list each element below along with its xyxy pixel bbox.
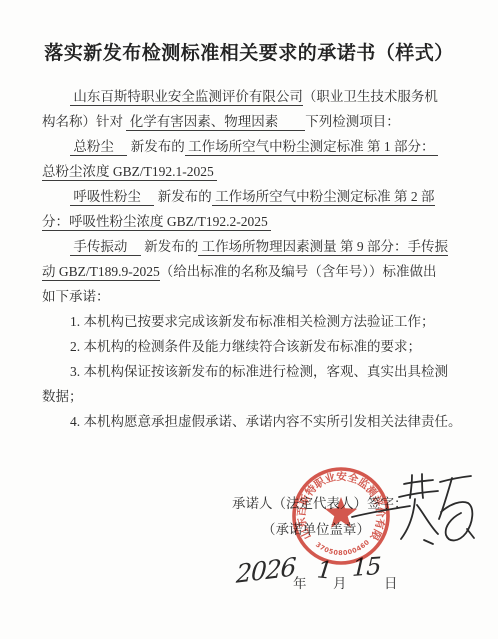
document-line: 分：呼吸性粉尘浓度 GBZ/T192.2-2025 bbox=[42, 209, 472, 234]
text-segment: 数据； bbox=[42, 389, 83, 404]
underlined-text-segment: 呼吸性粉尘 bbox=[70, 189, 154, 206]
document-line: 山东百斯特职业安全监测评价有限公司（职业卫生技术服务机 bbox=[42, 84, 472, 109]
document-line: 如下承诺： bbox=[42, 284, 472, 309]
document-line: 3. 本机构保证按该新发布的标准进行检测，客观、真实出具检测 bbox=[42, 359, 472, 384]
handwritten-year: 2026 bbox=[235, 552, 296, 589]
text-segment: 新发布的 bbox=[141, 239, 198, 254]
document-line: 总粉尘 新发布的 工作场所空气中粉尘测定标准 第 1 部分： bbox=[42, 134, 472, 159]
document-line: 1. 本机构已按要求完成该新发布标准相关检测方法验证工作； bbox=[42, 309, 472, 334]
month-unit-label: 月 bbox=[333, 572, 347, 592]
document-line: 呼吸性粉尘 新发布的 工作场所空气中粉尘测定标准 第 2 部 bbox=[42, 184, 472, 209]
document-line: 数据； bbox=[42, 384, 472, 409]
underlined-text-segment: 动 GBZ/T189.9-2025 bbox=[42, 264, 160, 281]
handwritten-day: 15 bbox=[352, 552, 381, 582]
text-segment: 新发布的 bbox=[154, 189, 211, 204]
document-line: 手传振动 新发布的 工作场所物理因素测量 第 9 部分：手传振 bbox=[42, 234, 472, 259]
underlined-text-segment: 工作场所物理因素测量 第 9 部分：手传振 bbox=[198, 239, 448, 256]
signer-label: 承诺人（法定代表人）签字： bbox=[232, 492, 408, 512]
underlined-text-segment: 总粉尘 bbox=[70, 139, 127, 156]
underlined-text-segment: 山东百斯特职业安全监测评价有限公司 bbox=[70, 89, 303, 106]
commitment-letter-page: 落实新发布检测标准相关要求的承诺书（样式） 山东百斯特职业安全监测评价有限公司（… bbox=[0, 0, 498, 639]
text-segment: 构名称）针对 bbox=[42, 114, 126, 129]
text-segment: 新发布的 bbox=[127, 139, 184, 154]
text-segment: 2. 本机构的检测条件及能力继续符合该新发布标准的要求； bbox=[70, 339, 421, 354]
seal-outer-ring bbox=[294, 469, 388, 563]
text-segment: 如下承诺： bbox=[42, 289, 110, 304]
text-segment: 下列检测项目： bbox=[305, 114, 400, 129]
document-line: 总粉尘浓度 GBZ/T192.1-2025 bbox=[42, 159, 472, 184]
underlined-text-segment: 手传振动 bbox=[70, 239, 141, 256]
text-segment: 3. 本机构保证按该新发布的标准进行检测，客观、真实出具检测 bbox=[70, 364, 448, 379]
text-segment: 4. 本机构愿意承担虚假承诺、承诺内容不实所引发相关法律责任。 bbox=[70, 414, 462, 429]
text-segment: 1. 本机构已按要求完成该新发布标准相关检测方法验证工作； bbox=[70, 314, 435, 329]
underlined-text-segment: 分：呼吸性粉尘浓度 GBZ/T192.2-2025 bbox=[42, 214, 271, 231]
seal-label: （承诺单位盖章） bbox=[262, 518, 370, 538]
text-segment: （给出标准的名称及编号（含年号））标准做出 bbox=[160, 264, 437, 279]
handwritten-month: 1 bbox=[316, 555, 333, 584]
day-unit-label: 日 bbox=[384, 572, 398, 592]
document-title: 落实新发布检测标准相关要求的承诺书（样式） bbox=[0, 38, 498, 65]
document-line: 2. 本机构的检测条件及能力继续符合该新发布标准的要求； bbox=[42, 334, 472, 359]
document-body: 山东百斯特职业安全监测评价有限公司（职业卫生技术服务机构名称）针对 化学有害因素… bbox=[42, 84, 472, 434]
underlined-text-segment: 工作场所空气中粉尘测定标准 第 1 部分： bbox=[185, 139, 438, 156]
document-line: 构名称）针对 化学有害因素、物理因素 下列检测项目： bbox=[42, 109, 472, 134]
year-unit-label: 年 bbox=[293, 572, 307, 592]
document-line: 4. 本机构愿意承担虚假承诺、承诺内容不实所引发相关法律责任。 bbox=[42, 409, 472, 434]
underlined-text-segment: 总粉尘浓度 GBZ/T192.1-2025 bbox=[42, 164, 217, 181]
text-segment: （职业卫生技术服务机 bbox=[303, 89, 438, 104]
document-line: 动 GBZ/T189.9-2025（给出标准的名称及编号（含年号））标准做出 bbox=[42, 259, 472, 284]
underlined-text-segment: 工作场所空气中粉尘测定标准 第 2 部 bbox=[212, 189, 435, 206]
underlined-text-segment: 化学有害因素、物理因素 bbox=[126, 114, 305, 131]
